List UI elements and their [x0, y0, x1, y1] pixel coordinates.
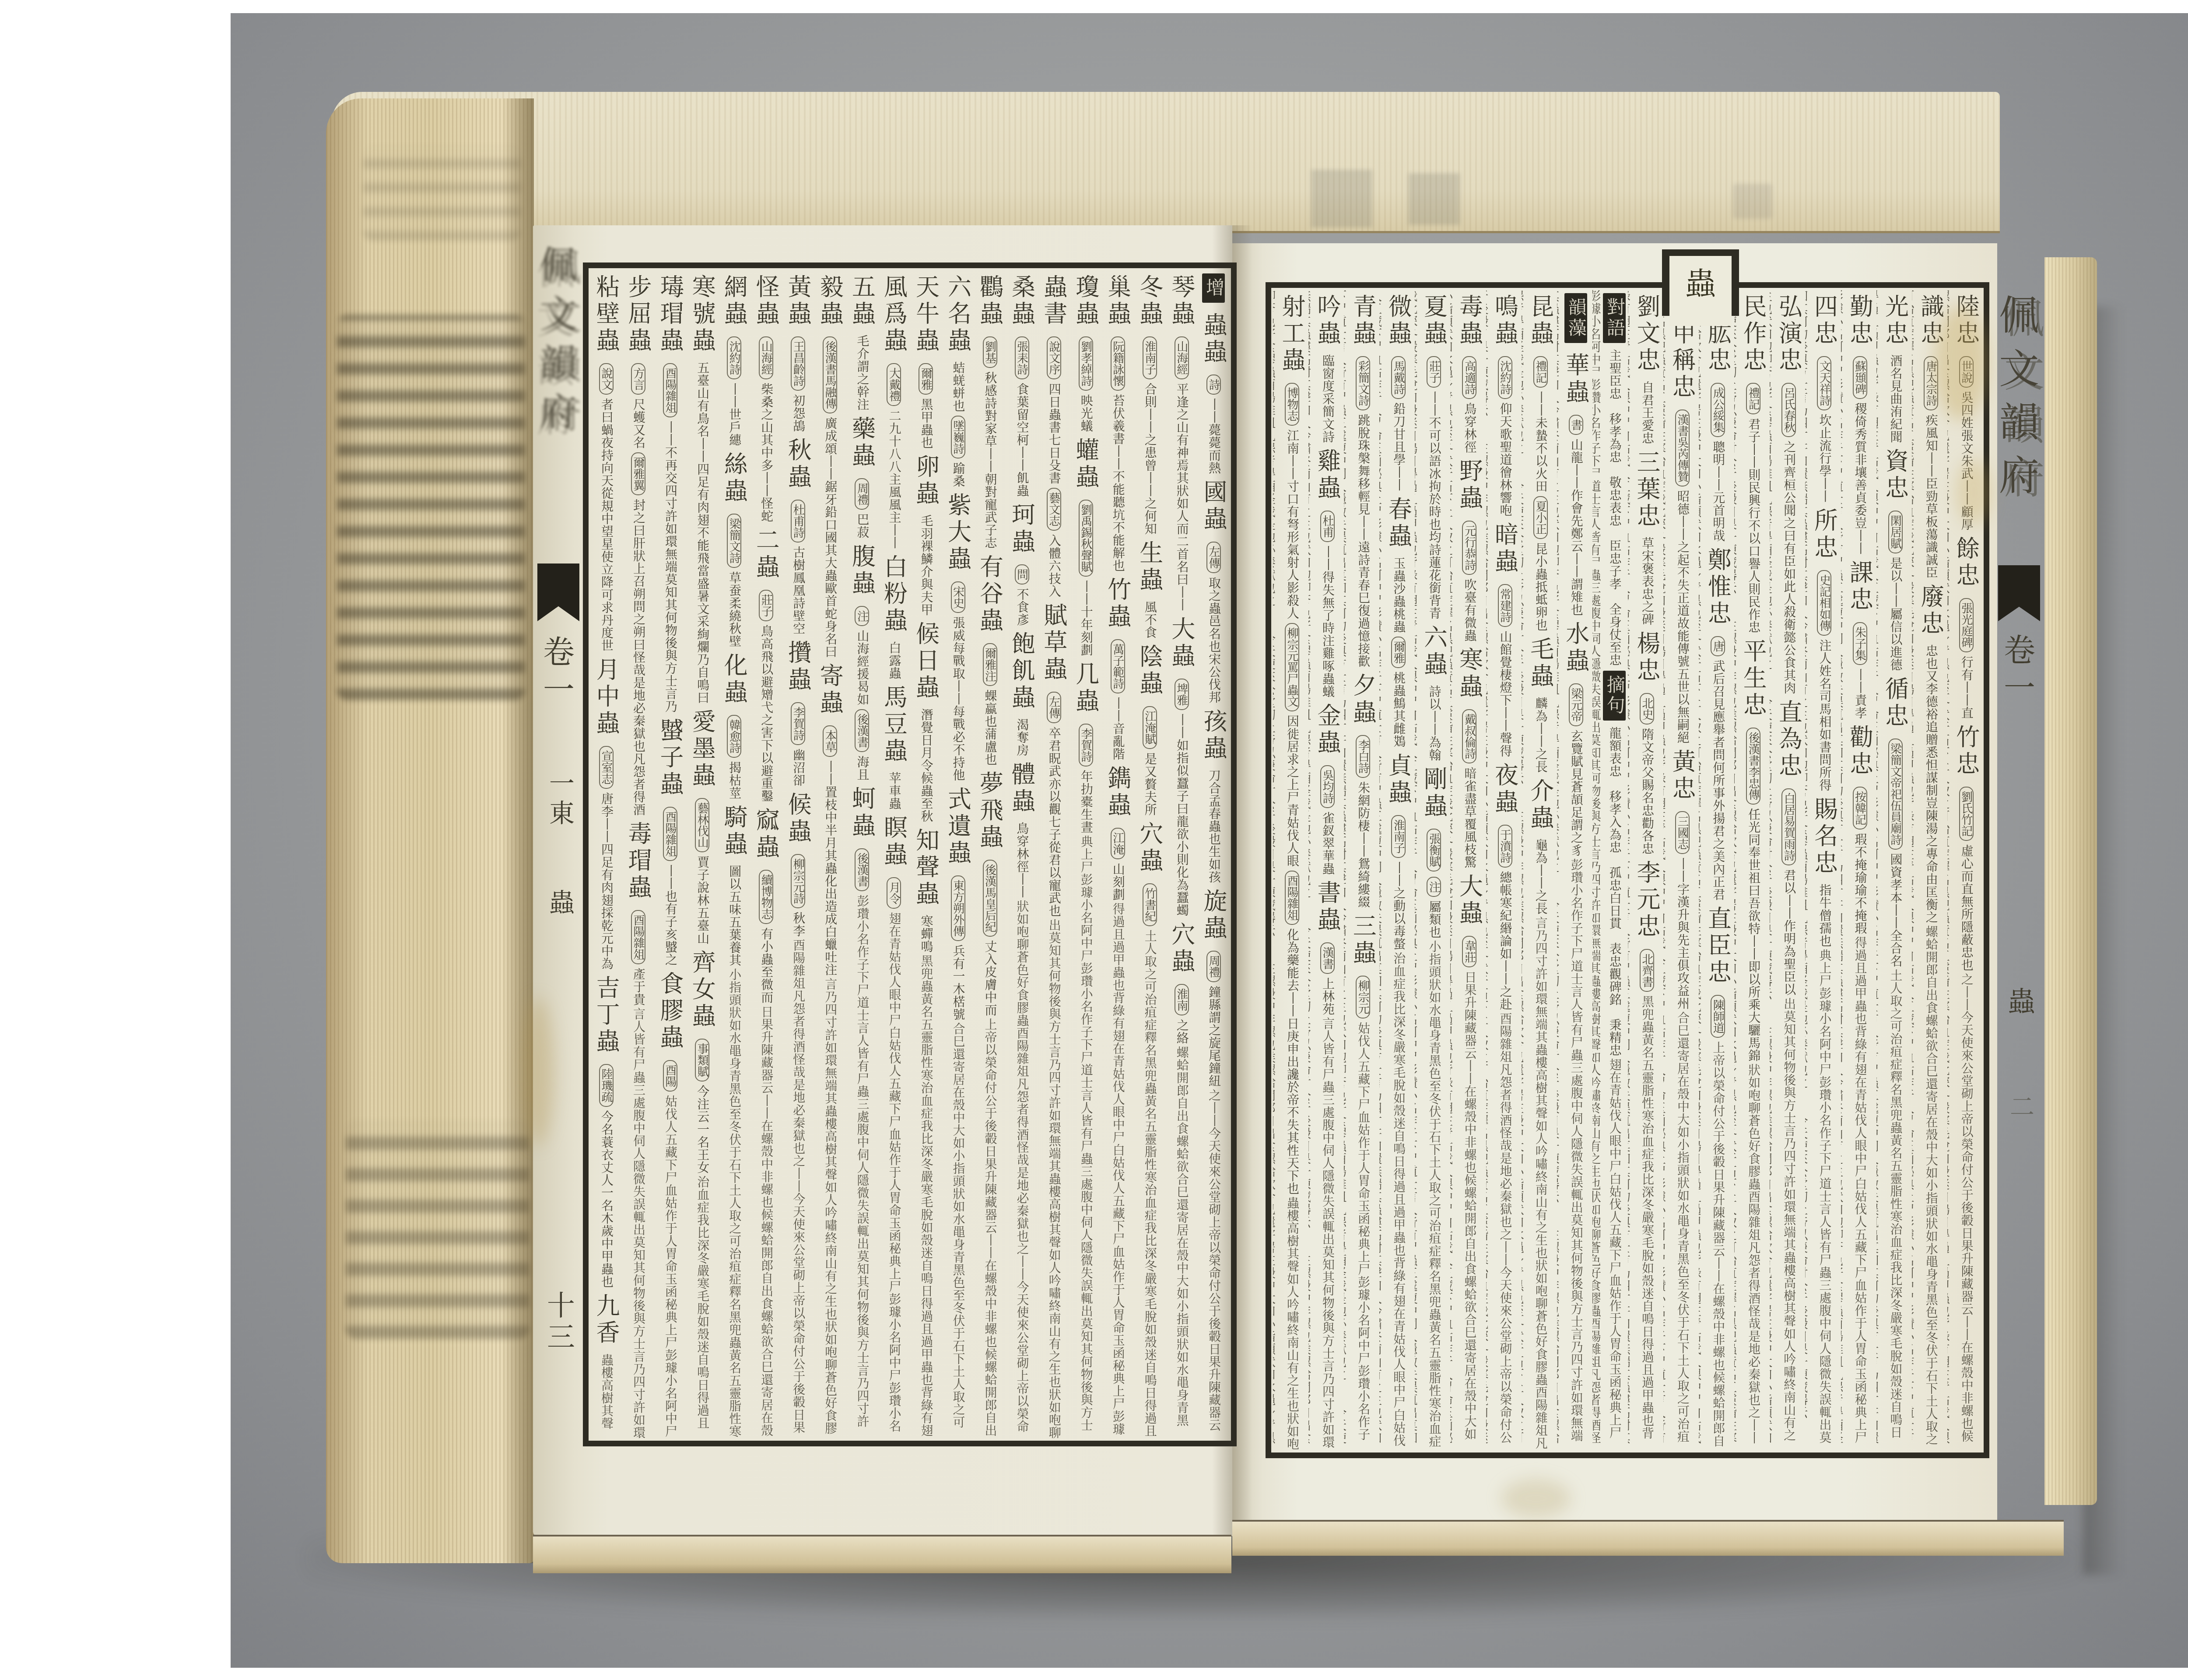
- entry-headword: 毒蟲: [1456, 290, 1482, 353]
- entry-headword: 華蟲: [1563, 348, 1589, 412]
- source-tag: 大戴禮: [887, 363, 901, 406]
- source-tag: 宋史: [951, 581, 965, 613]
- source-tag: 陳師道: [1711, 995, 1725, 1038]
- text-column: 微蟲馬戴詩鉛刀甘且學丨丨春蟲玉蟲沙蟲桃蟲爾雅桃蟲鷦其雌鴱貞蟲淮南子丨丨之動以毒螫…: [1379, 290, 1414, 1451]
- source-tag: 柳宗元詩: [791, 854, 805, 908]
- note-text: 丨丨字漢升與先主俱攻益州: [1676, 857, 1689, 1011]
- text-column: 步屈蟲方言尺蠖又名爾雅翼封之曰肝狀上召朔問之朔曰怪哉是地必秦獄也凡怨者得酒毒瑁蟲…: [622, 270, 654, 1439]
- entry-headword: 光忠: [1882, 290, 1908, 353]
- source-tag: 柳宗元罵尸蟲文: [1285, 623, 1299, 711]
- source-tag: 劉基: [983, 336, 997, 368]
- note-text: 潛覺日月令候蟲至秋: [919, 707, 933, 823]
- source-tag: 吳均詩: [1320, 765, 1335, 808]
- bottom-page-edges-right: [1232, 1520, 2064, 1556]
- source-tag: 後漢書李忠傳: [1746, 728, 1760, 805]
- source-tag: 山海經: [1175, 336, 1189, 379]
- entry-headword: 毒瑁蟲: [625, 817, 651, 907]
- source-tag: 書: [1569, 415, 1583, 435]
- note-text: 任光同奉世祖曰吾欲特丨丨即以所乘大驪馬錦: [1746, 807, 1760, 1063]
- note-text: 鳥高飛以避矰弋之害下以避重鑿: [759, 624, 773, 803]
- entry-headword: 騎蟲: [721, 800, 747, 864]
- entry-headword: 候蟲: [785, 787, 811, 851]
- entry-headword: 瑇瑁蟲: [657, 270, 683, 360]
- note-text: 刀合孟春蟲也生如孩: [1207, 768, 1220, 884]
- source-tag: 江淹賦: [1143, 706, 1157, 749]
- entry-headword: 春蟲: [1385, 492, 1411, 556]
- note-text: 武后召見應舉者問何所事外揚君之美內正君: [1711, 659, 1725, 902]
- entry-headword: 秋蟲: [785, 433, 811, 497]
- entry-headword: 馬豆蟲: [880, 680, 907, 771]
- text-column: 蟲書說文序四日蟲書七日殳書藝文志入體六技入賦草蟲左傳卒君眖武亦以觀七子從君以寵武…: [1038, 270, 1069, 1439]
- text-column: 弘演忠呂氏春秋之刊齊桓公聞之曰有臣如此人殺衛懿公食其肉直為忠白居易賀雨詩君以丨丨…: [1770, 290, 1804, 1451]
- section-header-box: 韻藻: [1564, 293, 1587, 343]
- entry-headword: 劉文忠: [1634, 290, 1660, 380]
- source-tag: 馬戴詩: [1391, 356, 1406, 399]
- entry-headword: 貞蟲: [1385, 749, 1411, 812]
- note-text: 丨丨責孝: [1853, 668, 1867, 720]
- source-tag: 周禮: [1206, 951, 1221, 982]
- source-tag: 朱子集: [1853, 622, 1867, 665]
- source-tag: 李賀詩: [1079, 724, 1093, 766]
- note-text: 不食彥: [1015, 587, 1029, 627]
- entry-headword: 有谷蟲: [977, 550, 1003, 640]
- source-tag: 韓愈詩: [727, 715, 741, 758]
- right-folio-character: 蟲: [2003, 987, 2038, 1048]
- entry-headword: 書蟲: [1314, 876, 1340, 940]
- note-text: 指牛僧孺也: [1817, 883, 1831, 948]
- entry-headword: 二蟲: [753, 523, 779, 587]
- source-tag: 阮籍詠懷: [1111, 336, 1125, 391]
- note-text: 丨丨不可以語冰拘於時也均詩蓮花銜背青: [1427, 390, 1441, 620]
- note-text: 龜為丨丨之長: [1534, 838, 1547, 916]
- entry-headword: 夕蟲: [1350, 668, 1376, 732]
- note-text: 龍額表忠 移孝入為忠 孤忠白日貫 表忠觀碑銘 秉精忠: [1608, 726, 1621, 1057]
- source-tag: 王昌齡詩: [791, 336, 805, 391]
- note-text: 映光蟻: [1079, 393, 1093, 433]
- entry-headword: 賜名忠: [1811, 792, 1837, 883]
- source-tag: 埤雅: [1175, 679, 1189, 710]
- note-text: 丨丨也有子亥蠈之: [663, 864, 677, 967]
- note-text: 隋文帝父賜名忠勸各忠: [1640, 727, 1654, 856]
- source-tag: 史記相如傳: [1817, 570, 1831, 636]
- source-tag: 藝林伐山: [695, 798, 709, 852]
- entry-headword: 直為忠: [1775, 695, 1802, 786]
- text-column: 光忠酒名見曲洧紀聞資忠閑居賦是以丨丨屬信以進德循忠梁簡文帝祀伍員廟詩國資孝本丨丨…: [1876, 290, 1911, 1451]
- note-text: 屬類也: [1427, 899, 1441, 939]
- note-text: 雀釵翠華蟲: [1321, 811, 1334, 876]
- entry-headword: 穴蟲: [1168, 917, 1195, 981]
- left-page-columns: 增蟲蟲詩丨丨薨薨而熱國蟲左傳取之蟲邑名也宋公伐邦孩蟲刀合孟春蟲也生如孩旋蟲周禮鐘…: [590, 270, 1229, 1439]
- note-text: 桃蟲鷦其雌鴱: [1392, 671, 1405, 749]
- text-column: 鸜蟲劉基秋感詩對家草丨丨朝對寵武子志有谷蟲爾雅注蜾蠃也蒲盧也夢飛蟲後漢馬皇后紀丈…: [974, 270, 1006, 1439]
- text-column: 青蟲彩簡文詩跳脫珠槃舞移輕見丨丨遠詩青春巳復過憶接歡夕蟲李白詩朱網防棲丨丨鴛綺縷…: [1344, 290, 1378, 1451]
- foxing-stain: [523, 997, 554, 1146]
- source-tag: 宣室志: [599, 746, 614, 789]
- source-tag: 爾雅翼: [631, 452, 645, 495]
- text-column: 鳴蟲沈約詩仰天歌聖道徻林響咆暗蟲常建詩山館覺棲燈下丨丨聲得夜蟲于濆詩總帳寒紀緡論…: [1486, 290, 1521, 1451]
- note-text: 自君王愛忠: [1640, 380, 1654, 445]
- note-text: 蜾蠃也蒲盧也: [983, 689, 997, 766]
- source-tag: 杜甫: [1320, 511, 1335, 542]
- note-text: 廣成頌丨丨鋸牙鉛口國其大蟲歐首蛇身名曰: [823, 416, 837, 659]
- note-text: 吹臺有微蟲: [1462, 577, 1476, 643]
- note-text: 蛣蜣蛢也: [951, 360, 965, 413]
- entry-headword: 三蟲: [1350, 909, 1376, 973]
- note-text: 丨丨之動以毒螫: [1392, 861, 1405, 951]
- entry-headword: 候日蟲: [912, 617, 939, 707]
- note-text: 海且: [855, 755, 869, 782]
- source-tag: 淮南子: [1391, 815, 1406, 858]
- entry-headword: 蚵蟲: [849, 782, 875, 846]
- section-tab[interactable]: 蟲: [1662, 249, 1739, 316]
- entry-headword: 雞蟲: [1314, 444, 1340, 508]
- source-tag: 藝文志: [1047, 488, 1061, 531]
- left-folio-rhyme: 一東: [543, 770, 578, 884]
- note-text: 卒君眖武亦以觀七子從君以寵武也: [1047, 726, 1061, 918]
- note-text: 鐘縣謂之旋尾鐘紐: [1207, 985, 1220, 1088]
- entry-headword: 勤忠: [1847, 290, 1873, 353]
- note-text: 寒蟬鳴: [919, 914, 933, 954]
- note-text: 山刻劃: [1111, 862, 1125, 902]
- entry-headword: 藥蟲: [849, 412, 875, 476]
- note-text: 圖以五味五葉養其: [727, 864, 741, 967]
- note-text: 二九十八八主風風主丨丨: [887, 409, 901, 550]
- note-text: 苹車蟲: [887, 771, 901, 811]
- entry-headword: 弘演忠: [1775, 290, 1802, 380]
- source-tag: 東方朔外傳: [951, 875, 965, 941]
- source-tag: 漢書吳芮傳贊: [1675, 409, 1690, 486]
- text-column: 網蟲沈約詩丨丨世戶繐絲蟲梁簡文詩草蚕柔繞秋壁化蟲韓愈詩揭枯莖騎蟲圖以五味五葉養其…: [718, 270, 750, 1439]
- note-text: 虛心而直無所隱蔽忠也: [1960, 843, 1973, 972]
- note-text: 草宋褒表忠之碑: [1640, 536, 1654, 626]
- foxing-stain: [1501, 1479, 1571, 1518]
- entry-headword: 國蟲: [1200, 475, 1227, 539]
- note-text: 唐李丨丨四足有肉翅採乾元中為: [600, 791, 613, 971]
- entry-headword: 金蟲: [1314, 699, 1340, 763]
- note-text: 取之蟲邑名也宋公伐邦: [1207, 576, 1220, 704]
- fore-edge-ink-smear: [346, 1120, 529, 1339]
- entry-headword: 楊忠: [1634, 626, 1660, 690]
- entry-headword: 廢忠: [1918, 580, 1944, 644]
- entry-headword: 九香: [593, 1289, 619, 1353]
- entry-headword: 三葉忠: [1634, 445, 1660, 536]
- entry-headword: 蠈子蟲: [657, 714, 683, 804]
- entry-headword: 吟蟲: [1314, 290, 1340, 353]
- bleed-through-mark: [1311, 170, 1372, 227]
- entry-headword: 蟲蟲: [1200, 308, 1227, 372]
- note-text: 麟為丨丨之長: [1534, 696, 1547, 774]
- entry-headword: 竹蟲: [1105, 573, 1131, 637]
- note-text: 丨丨置枝中半月其蟲化出造成白蠟吐注: [823, 759, 837, 977]
- entry-headword: 循忠: [1882, 672, 1908, 736]
- entry-headword: 步屈蟲: [625, 270, 651, 360]
- entry-headword: 野蟲: [1456, 454, 1482, 518]
- entry-headword: 直臣忠: [1704, 902, 1731, 992]
- note-text: 秋感詩對家草丨丨朝對寵武子志: [983, 371, 997, 550]
- source-tag: 後漢書: [855, 848, 869, 891]
- note-text: 風不食: [1143, 600, 1157, 640]
- entry-headword: 卵蟲: [912, 450, 939, 514]
- note-text: 注人姓名司馬相如書問所得: [1817, 638, 1831, 792]
- text-column: 韻藻華蟲書山龍丨丨作會先鄭云丨丨謂雉也水蟲梁元帝玄覽賦見蒼頡足謂之豸彭瓚小名作子…: [1557, 290, 1592, 1451]
- entry-headword: 黃忠: [1669, 745, 1695, 808]
- entry-headword: 鸜蟲: [977, 270, 1003, 334]
- source-tag: 淮南子: [1143, 336, 1157, 379]
- source-tag: 沈約詩: [1498, 356, 1512, 399]
- note-text: 之絡: [1175, 1018, 1189, 1045]
- entry-headword: 夜蟲: [1492, 758, 1518, 822]
- source-tag: 月令: [887, 877, 901, 909]
- entry-headword: 六蟲: [1420, 620, 1447, 684]
- left-folio-title: 佩文韻府: [536, 245, 582, 577]
- entry-headword: 桑蟲: [1009, 270, 1035, 334]
- entry-headword: 愛墨蟲: [689, 705, 715, 795]
- note-text: 朱網防棲丨丨鴛綺縷綴: [1356, 780, 1370, 909]
- entry-headword: 網蟲: [721, 270, 747, 334]
- source-tag: 白居易賀雨詩: [1781, 788, 1796, 865]
- note-text: 鉛刀甘且學丨丨: [1392, 402, 1405, 492]
- source-tag: 李白詩: [1356, 735, 1370, 778]
- text-column: 夏蟲莊子丨丨不可以語冰拘於時也均詩蓮花銜背青六蟲詩以丨丨為翰剛蟲張衡賦注屬類也小…: [1415, 290, 1449, 1451]
- entry-headword: 孩蟲: [1200, 704, 1227, 768]
- entry-headword: 介蟲: [1527, 774, 1553, 838]
- source-tag: 後漢書馬融傳: [823, 336, 837, 413]
- note-text: 苔伏羲書丨丨不能聽坑不能解也: [1111, 393, 1125, 573]
- source-tag: 萬子範詩: [1111, 639, 1125, 693]
- source-tag: 于濆詩: [1498, 825, 1512, 868]
- entry-headword: 粘壁蟲: [593, 270, 619, 360]
- entry-headword: 寒號蟲: [689, 270, 715, 360]
- source-tag: 北史: [1640, 693, 1654, 724]
- note-text: 尺蠖又名: [631, 397, 645, 450]
- note-text: 是又贅夫所: [1143, 752, 1157, 817]
- text-column: 粘壁蟲說文者曰蝸夜持向天從規中望星使立降可求丹度世月中蟲宣室志唐李丨丨四足有肉翅…: [590, 270, 622, 1439]
- source-tag: 說文序: [1047, 336, 1061, 379]
- source-tag: 陸璣疏: [599, 1064, 614, 1107]
- left-page-printed-frame: 增蟲蟲詩丨丨薨薨而熱國蟲左傳取之蟲邑名也宋公伐邦孩蟲刀合孟春蟲也生如孩旋蟲周禮鐘…: [583, 262, 1237, 1446]
- source-tag: 漢書: [1320, 942, 1335, 974]
- text-column: 怪蟲山海經柴桑之山其中多丨丨怪蛇二蟲莊子鳥高飛以避矰弋之害下以避重鑿窳蟲續博物志…: [750, 270, 782, 1439]
- left-folio-character: 蟲: [543, 889, 578, 946]
- entry-headword: 旋蟲: [1200, 884, 1227, 948]
- note-text: 酒名見曲洧紀聞: [1889, 353, 1902, 444]
- note-text: 毛羽裸鱗介與夫甲: [919, 514, 933, 617]
- source-tag: 博物志: [1285, 383, 1299, 426]
- text-column: 琴蟲山海經平逢之山有神焉其狀如人而二首名曰丨丨大蟲埤雅丨丨如指似蠶子曰龍欲小則化…: [1166, 270, 1197, 1439]
- source-tag: 三國志: [1675, 811, 1690, 854]
- entry-headword: 陰蟲: [1136, 640, 1163, 703]
- text-column: 增蟲蟲詩丨丨薨薨而熱國蟲左傳取之蟲邑名也宋公伐邦孩蟲刀合孟春蟲也生如孩旋蟲周禮鐘…: [1198, 270, 1229, 1439]
- note-text: 因徙居求之上尸青姑伐人眼: [1285, 714, 1299, 868]
- source-tag: 左傳: [1047, 692, 1061, 723]
- source-tag: 張衡賦: [1427, 829, 1441, 871]
- note-text: 古樹鳳凰詩壁空: [791, 545, 805, 636]
- entry-headword: 大蟲: [1168, 612, 1195, 676]
- source-tag: 禮記: [1746, 383, 1760, 414]
- source-tag: 方言: [631, 363, 645, 395]
- note-text: 食葉留空柯丨丨飢蟲: [1015, 382, 1029, 498]
- entry-headword: 餘忠: [1953, 532, 1979, 595]
- entry-headword: 天牛蟲: [912, 270, 939, 360]
- note-text: 今名蓑衣丈人一名木歲中甲蟲也: [600, 1109, 613, 1289]
- note-text: 稷倚秀質非壤善貞委豈丨丨: [1853, 402, 1867, 556]
- note-text: 合則丨丨之患曾丨丨之何知: [1143, 382, 1157, 536]
- note-text: 平逢之山有神焉其狀如人而二首名曰丨丨: [1175, 382, 1189, 612]
- text-column: 天牛蟲爾雅黑甲蟲也卵蟲毛羽裸鱗介與夫甲候日蟲潛覺日月令候蟲至秋知聲蟲寒蟬鳴黑兜蟲…: [910, 270, 941, 1439]
- bleed-through-mark: [1733, 184, 1772, 219]
- note-text: 疾風知丨丨臣勁草板蕩識誠臣: [1924, 413, 1938, 580]
- source-tag: 酉陽雜俎: [663, 807, 677, 861]
- entry-headword: 几蟲: [1073, 657, 1099, 721]
- entry-headword: 勸忠: [1847, 720, 1873, 784]
- source-tag: 周禮: [855, 478, 869, 510]
- entry-headword: 平生忠: [1740, 634, 1766, 725]
- entry-headword: 寄蟲: [817, 659, 843, 723]
- source-tag: 續博物志: [759, 870, 773, 924]
- entry-headword: 黃蟲: [785, 270, 811, 334]
- photo-of-open-book: 增蟲蟲詩丨丨薨薨而熱國蟲左傳取之蟲邑名也宋公伐邦孩蟲刀合孟春蟲也生如孩旋蟲周禮鐘…: [0, 0, 2188, 1680]
- entry-headword: 攢蟲: [785, 636, 811, 700]
- note-text: 總帳寒紀緡論如丨丨之赴: [1498, 870, 1512, 1011]
- source-tag: 注: [1427, 877, 1441, 897]
- note-text: 丨丨如指似蠶子曰龍欲小則化為蠶蠋: [1175, 713, 1189, 917]
- entry-headword: 式遺蟲: [945, 782, 971, 873]
- section-header-box: 摘句: [1603, 671, 1626, 721]
- entry-headword: 飽飢蟲: [1009, 627, 1035, 717]
- bottom-page-edges-left: [533, 1535, 1231, 1573]
- right-page-printed-frame: 陸忠世說吳四姓張文朱武丨丨顧厚餘忠張光庭碑行有丨丨直竹忠劉氏竹記虛心而直無所隱蔽…: [1266, 282, 1989, 1458]
- text-column: 毅蟲後漢書馬融傳廣成頌丨丨鋸牙鉛口國其大蟲歐首蛇身名曰寄蟲本草丨丨置枝中半月其蟲…: [814, 270, 845, 1439]
- source-tag: 江淹: [1111, 828, 1125, 859]
- note-text: 暗雀盡草覆風枝驚: [1462, 766, 1476, 869]
- note-text: 昭德丨丨之起不失正道故能傳號五世以無嗣絕: [1676, 489, 1689, 745]
- source-tag: 張光庭碑: [1959, 598, 1974, 652]
- source-tag: 禮記: [1533, 356, 1548, 388]
- text-column: 五蟲毛介謂之幹注藥蟲周禮巴菽腹蟲注山海經援曷如後漢書海且蚵蟲後漢書彭瓚小名作子下…: [846, 270, 877, 1439]
- note-text: 丨丨世戶繐: [727, 382, 741, 447]
- right-folio-volume: 卷一: [2001, 633, 2039, 765]
- note-text: 仰天歌聖道徻林響咆: [1498, 402, 1512, 518]
- source-tag: 劉氏竹記: [1959, 787, 1974, 841]
- source-tag: 酉陽雜俎: [631, 910, 645, 964]
- entry-headword: 琴蟲: [1168, 270, 1195, 334]
- entry-headword: 腹蟲: [849, 539, 875, 603]
- entry-headword: 夏蟲: [1420, 290, 1447, 353]
- entry-headword: 齊女蟲: [689, 945, 715, 1036]
- entry-headword: 知聲蟲: [912, 823, 939, 914]
- source-tag: 夏小正: [1533, 496, 1548, 539]
- source-tag: 說文: [599, 363, 614, 395]
- note-text: 有小蟲至微而: [759, 927, 773, 1004]
- entry-headword: 瞑蟲: [880, 811, 907, 875]
- foxing-stain: [1934, 306, 1987, 420]
- text-column: 桑蟲張耒詩食葉留空柯丨丨飢蟲珂蟲問不食彥飽飢蟲渴奪房體蟲鳥穿林徑丨丨狀如咆聊蒼色…: [1006, 270, 1038, 1439]
- entry-headword: 射工蟲: [1279, 290, 1305, 380]
- entry-headword: 穴蟲: [1136, 817, 1163, 881]
- entry-headword: 化蟲: [721, 648, 747, 712]
- text-column: 對語主聖臣忠 移孝為忠 敬忠表忠 臣忠子孝 全身仗至忠摘句龍額表忠 移孝入為忠 …: [1592, 290, 1627, 1451]
- note-text: 瑕不掩瑜瑜不掩瑕: [1853, 832, 1867, 935]
- left-folio-volume: 卷一: [540, 635, 579, 766]
- text-column: 勤忠蘇頲碑稷倚秀質非壤善貞委豈丨丨課忠朱子集丨丨責孝勸忠按韓記瑕不掩瑜瑜不掩瑕得…: [1841, 290, 1876, 1451]
- source-tag: 注: [855, 606, 869, 626]
- source-tag: 竹書紀: [1143, 883, 1157, 926]
- entry-headword: 吉丁蟲: [593, 971, 619, 1061]
- note-text: 昆小蟲抵蚳卵也: [1534, 542, 1547, 632]
- source-tag: 杜甫詩: [791, 500, 805, 542]
- entry-headword: 珂蟲: [1009, 498, 1035, 562]
- section-tab-inner: 蟲: [1669, 256, 1732, 326]
- source-tag: 劉禹錫秋聲賦: [1079, 500, 1093, 577]
- entry-headword: 李元忠: [1634, 856, 1660, 946]
- note-text: 張威每戰取丨丨每戰必不持他: [951, 616, 965, 782]
- source-tag: 閑居賦: [1888, 511, 1903, 553]
- entry-headword: 毛蟲: [1527, 632, 1553, 696]
- entry-headword: 白粉蟲: [880, 550, 907, 640]
- entry-headword: 鄭惟忠: [1704, 543, 1731, 633]
- note-text: 坎止流行學丨丨: [1817, 413, 1831, 504]
- note-text: 國資孝本丨丨全合名: [1889, 852, 1902, 968]
- entry-headword: 青蟲: [1350, 290, 1376, 353]
- entry-headword: 風爲蟲: [880, 270, 907, 360]
- entry-headword: 體蟲: [1009, 757, 1035, 821]
- note-text: 是以丨丨屬信以進德: [1889, 556, 1902, 672]
- note-text: 跳脫珠槃舞移輕見丨丨遠詩青春巳復過憶接歡: [1356, 413, 1370, 668]
- source-tag: 問: [1015, 564, 1029, 584]
- text-column: 巢蟲阮籍詠懷苔伏羲書丨丨不能聽坑不能解也竹蟲萬子範詩丨丨音亂階鐫蟲江淹山刻劃得過…: [1102, 270, 1133, 1439]
- note-text: 初怨鴣: [791, 393, 805, 433]
- text-column: 六名蟲蛣蜣蛢也墜巍詩踰桑紫大蟲宋史張威每戰取丨丨每戰必不持他式遺蟲東方朔外傳兵有…: [942, 270, 974, 1439]
- source-tag: 梁元帝: [1569, 683, 1583, 726]
- note-text: 踰桑: [951, 461, 965, 488]
- source-tag: 文天祥詩: [1817, 356, 1831, 410]
- note-text: 五臺山有鳥名丨丨四足有肉翅不能飛當盛暑文采絢爛乃自鳴曰: [695, 360, 709, 705]
- source-tag: 李賀詩: [791, 702, 805, 745]
- source-tag: 酉陽: [663, 1060, 677, 1092]
- text-column: 昆蟲禮記丨丨未蟄不以火田夏小正昆小蟲抵蚳卵也毛蟲麟為丨丨之長介蟲龜為丨丨之長言乃…: [1522, 290, 1556, 1451]
- note-text: 丈入皮膚中而: [983, 939, 997, 1017]
- note-text: 丨丨十年刻劃: [1079, 579, 1093, 657]
- text-column: 劉文忠自君王愛忠三葉忠草宋褒表忠之碑楊忠北史隋文帝父賜名忠勸各忠李元忠北齊書黑兜…: [1628, 290, 1662, 1451]
- entry-headword: 民作忠: [1740, 290, 1766, 380]
- source-tag: 墜巍詩: [951, 416, 965, 458]
- section-header-box: 增: [1202, 273, 1225, 303]
- note-text: 四日蟲書七日殳書: [1047, 382, 1061, 485]
- source-tag: 山海經: [759, 336, 773, 379]
- entry-headword: 夢飛蟲: [977, 766, 1003, 857]
- entry-headword: 賦草蟲: [1041, 598, 1067, 689]
- fore-edge-ink-smear: [337, 315, 525, 700]
- note-text: 兵有一木楛號: [951, 944, 965, 1022]
- left-folio-number: 十三: [542, 1291, 579, 1404]
- entry-headword: 怪蟲: [753, 270, 779, 334]
- source-tag: 梁簡文詩: [727, 514, 741, 568]
- source-tag: 後漢馬皇后紀: [983, 860, 997, 937]
- note-text: 柴桑之山其中多丨丨怪蛇: [759, 382, 773, 523]
- note-text: 主聖臣忠 移孝為忠 敬忠表忠 臣忠子孝 全身仗至忠: [1608, 348, 1621, 667]
- text-column: 四忠文天祥詩坎止流行學丨丨所忠史記相如傳注人姓名司馬相如書問所得賜名忠指牛僧孺也…: [1805, 290, 1840, 1451]
- note-text: 丨丨音亂階: [1111, 696, 1125, 761]
- entry-headword: 月中蟲: [593, 653, 619, 743]
- entry-headword: 鐫蟲: [1105, 761, 1131, 825]
- text-column: 毒蟲高適詩鳥穿林徑野蟲元行恭詩吹臺有微蟲寒蟲戴叔倫詩暗雀盡草覆風枝驚大蟲韋莊日果…: [1450, 290, 1485, 1451]
- note-text: 山龍丨丨作會先鄭云丨丨謂雉也: [1569, 437, 1583, 617]
- source-tag: 成公綏集: [1711, 383, 1725, 437]
- note-text: 巴菽: [855, 512, 869, 539]
- source-tag: 唐: [1711, 636, 1725, 656]
- note-text: 年扐橐生晝: [1079, 769, 1093, 834]
- note-text: 玉蟲沙蟲桃蟲: [1392, 556, 1405, 634]
